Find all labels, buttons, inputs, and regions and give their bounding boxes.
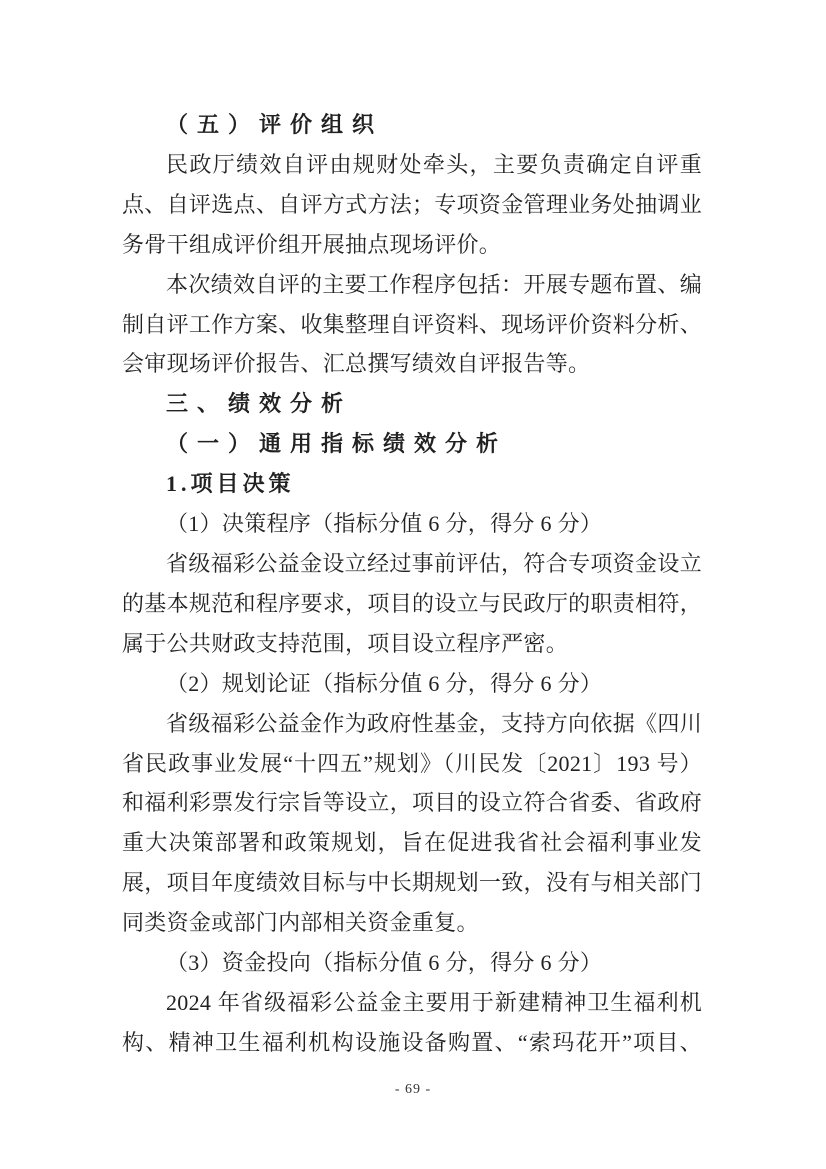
paragraph-line: 重大决策部署和政策规划，旨在促进我省社会福利事业发 — [122, 823, 702, 863]
subitem-fund-investment: （3）资金投向（指标分值 6 分，得分 6 分） — [122, 943, 702, 983]
paragraph-line: 省级福彩公益金作为政府性基金，支持方向依据《四川 — [122, 704, 702, 744]
paragraph-line: 同类资金或部门内部相关资金重复。 — [122, 903, 702, 943]
paragraph-line: 展，项目年度绩效目标与中长期规划一致，没有与相关部门 — [122, 863, 702, 903]
heading-project-decision: 1.项目决策 — [122, 464, 702, 504]
paragraph-line: 务骨干组成评价组开展抽点现场评价。 — [122, 225, 702, 265]
heading-performance-analysis: 三、绩效分析 — [122, 384, 702, 424]
paragraph-line: 属于公共财政支持范围，项目设立程序严密。 — [122, 624, 702, 664]
paragraph-line: 省民政事业发展“十四五”规划》（川民发〔2021〕193 号） — [122, 744, 702, 784]
subitem-decision-procedure: （1）决策程序（指标分值 6 分，得分 6 分） — [122, 504, 702, 544]
paragraph-line: 的基本规范和程序要求，项目的设立与民政厅的职责相符， — [122, 584, 702, 624]
paragraph-line: 本次绩效自评的主要工作程序包括：开展专题布置、编 — [122, 265, 702, 305]
paragraph-line: 构、精神卫生福利机构设施设备购置、“索玛花开”项目、 — [122, 1023, 702, 1063]
document-body: （五）评价组织 民政厅绩效自评由规财处牵头，主要负责确定自评重 点、自评选点、自… — [122, 105, 702, 1063]
paragraph-line: 民政厅绩效自评由规财处牵头，主要负责确定自评重 — [122, 145, 702, 185]
paragraph-line: 省级福彩公益金设立经过事前评估，符合专项资金设立 — [122, 544, 702, 584]
paragraph-line: 和福利彩票发行宗旨等设立，项目的设立符合省委、省政府 — [122, 783, 702, 823]
paragraph-line: 点、自评选点、自评方式方法；专项资金管理业务处抽调业 — [122, 185, 702, 225]
paragraph-line: 会审现场评价报告、汇总撰写绩效自评报告等。 — [122, 344, 702, 384]
heading-general-indicator-analysis: （一）通用指标绩效分析 — [122, 424, 702, 464]
paragraph-line: 2024 年省级福彩公益金主要用于新建精神卫生福利机 — [122, 983, 702, 1023]
heading-evaluation-organization: （五）评价组织 — [122, 105, 702, 145]
document-page: （五）评价组织 民政厅绩效自评由规财处牵头，主要负责确定自评重 点、自评选点、自… — [0, 0, 826, 1169]
page-number: - 69 - — [0, 1082, 826, 1098]
paragraph-line: 制自评工作方案、收集整理自评资料、现场评价资料分析、 — [122, 305, 702, 345]
subitem-planning-demonstration: （2）规划论证（指标分值 6 分，得分 6 分） — [122, 664, 702, 704]
